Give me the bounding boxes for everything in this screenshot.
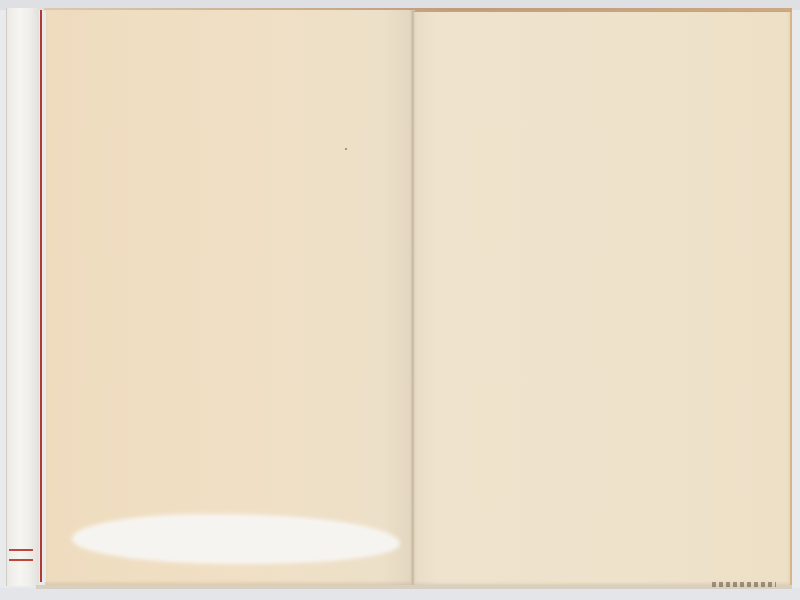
pencil-marking [712, 582, 776, 587]
book-photo [0, 0, 800, 600]
left-page [45, 10, 412, 586]
page-bottom-edge [36, 585, 792, 589]
rule-highlight [45, 10, 46, 582]
spine-red-mark [9, 549, 33, 551]
spine-cloth [6, 8, 39, 586]
spine-red-mark [9, 559, 33, 561]
right-page [414, 11, 792, 587]
backdrop [0, 588, 800, 600]
red-rule-line [40, 10, 42, 582]
paper-speck [345, 148, 347, 150]
